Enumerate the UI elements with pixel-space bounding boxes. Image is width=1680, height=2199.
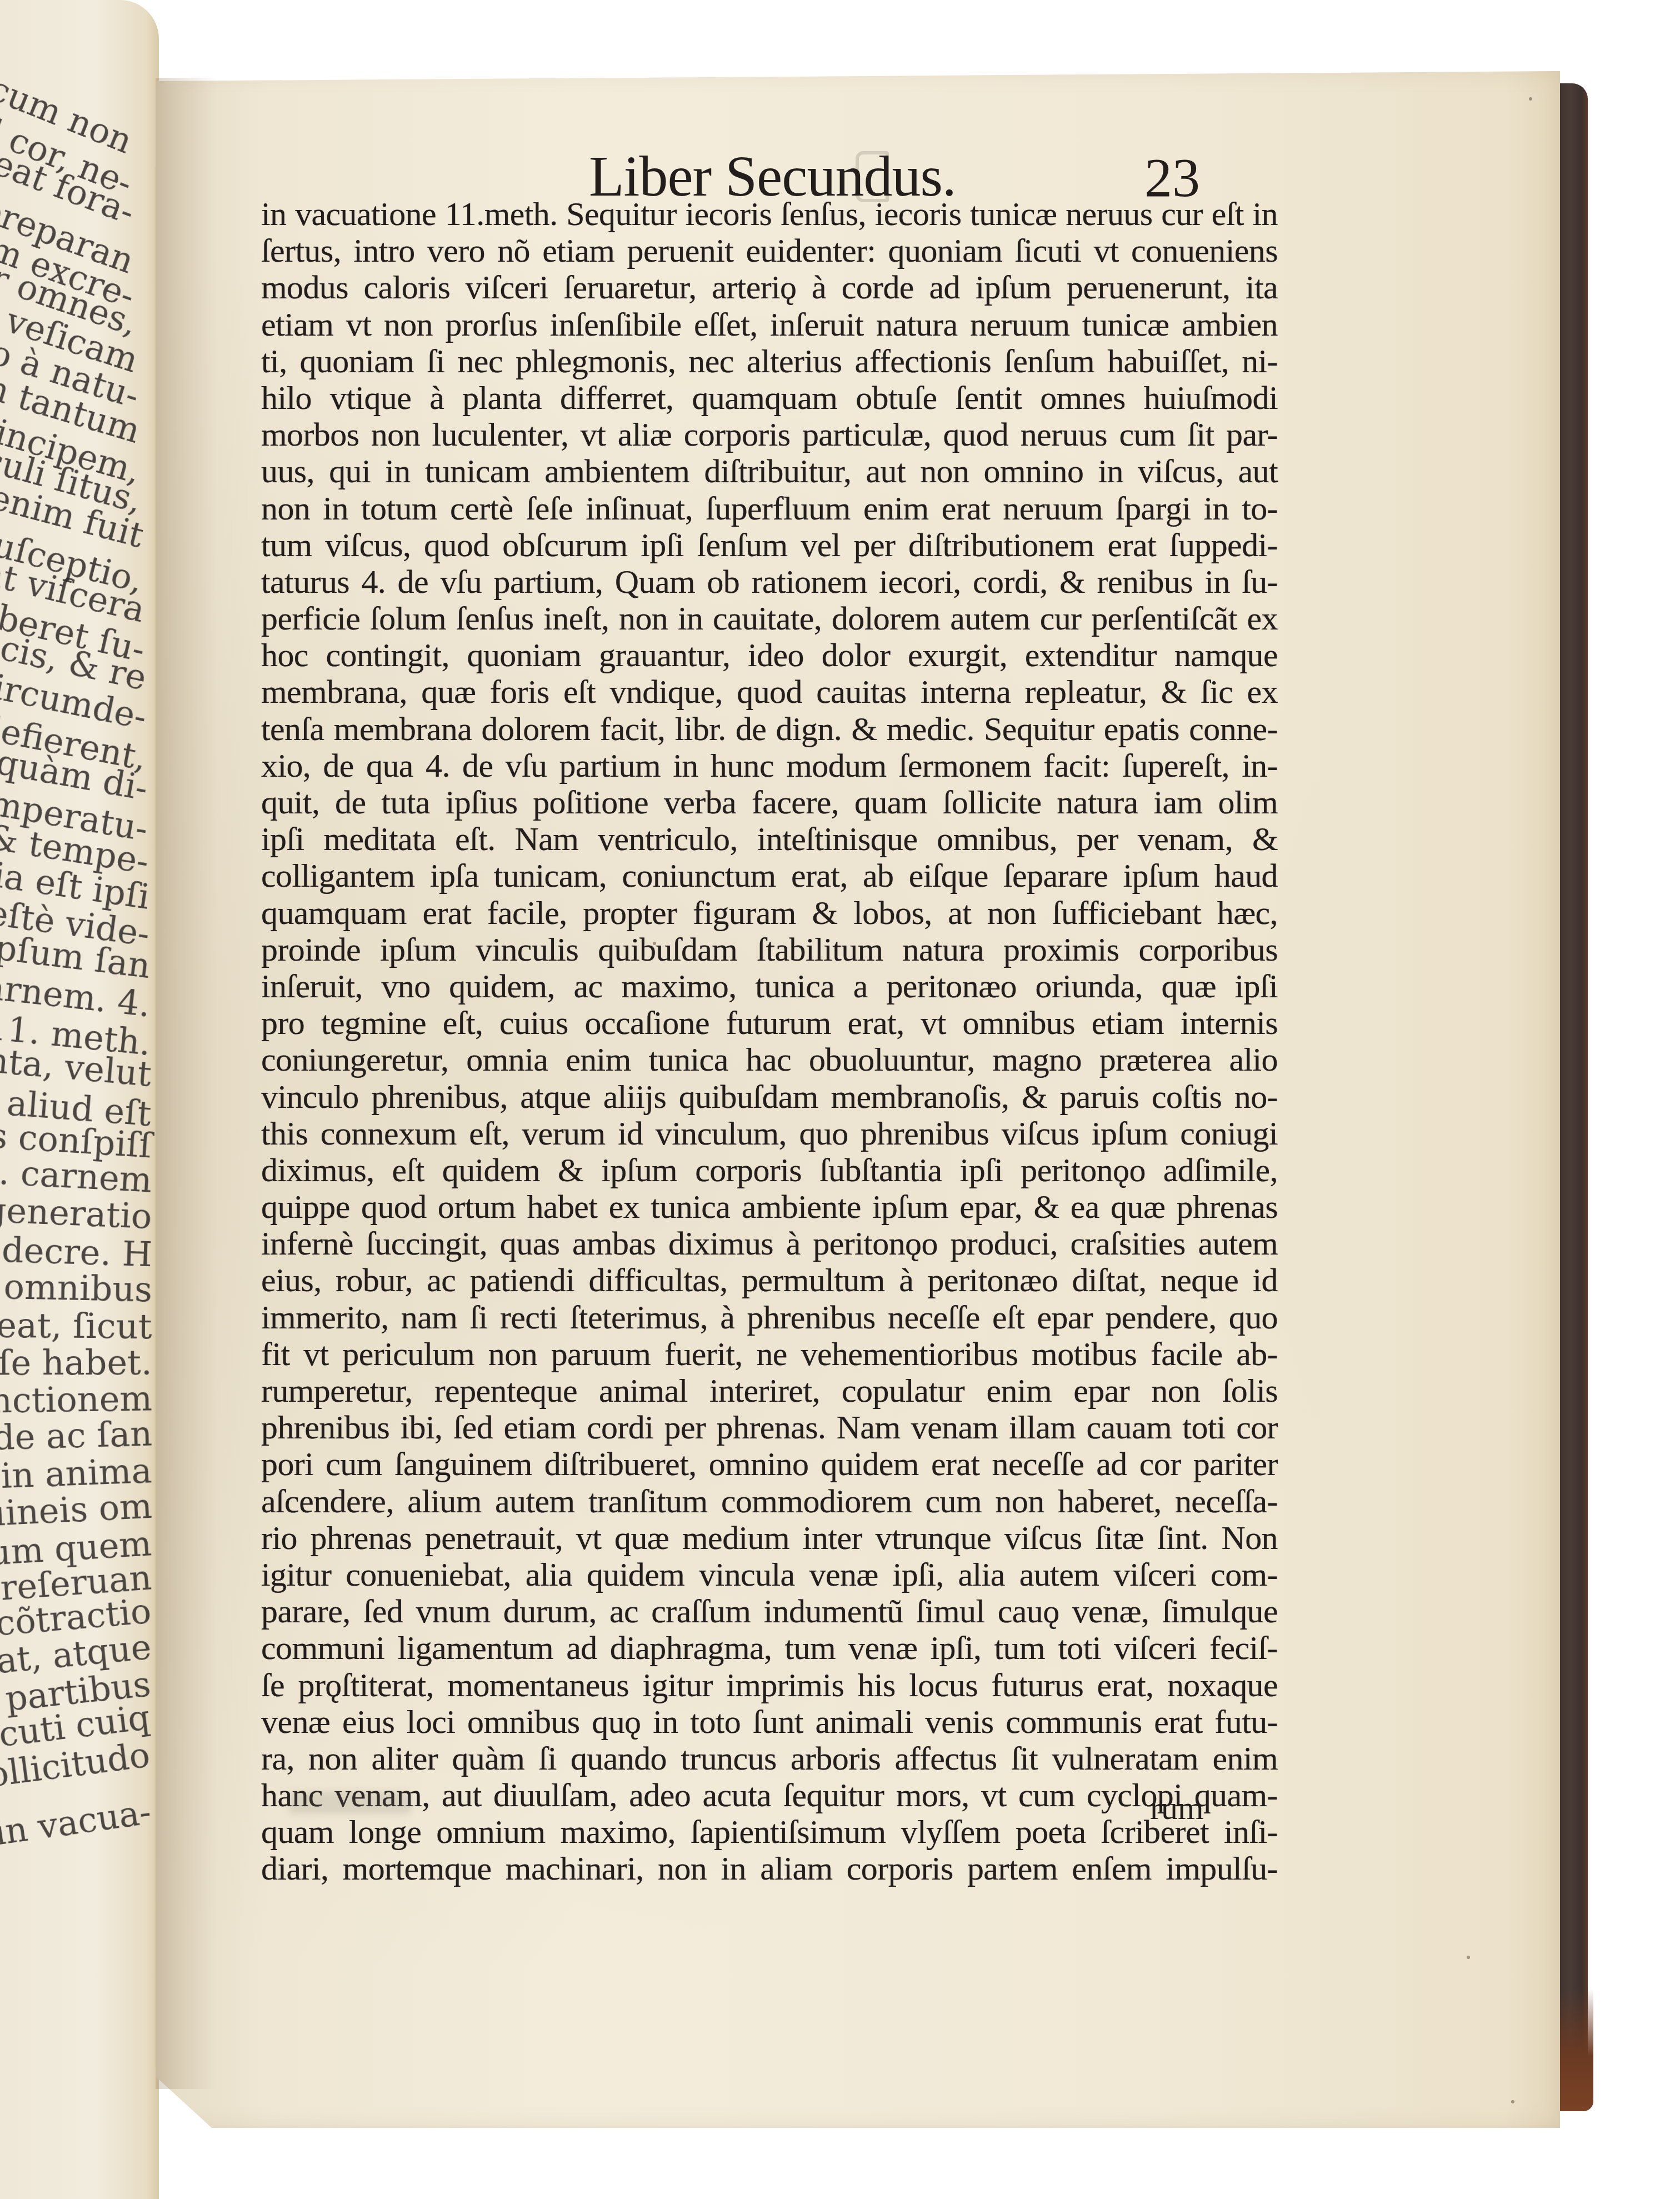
text-line: venæ eius loci omnibus quǫ in toto ſunt … xyxy=(261,1703,1278,1740)
paper-speck xyxy=(1467,1956,1470,1959)
book-cover-edge xyxy=(1559,83,1588,2111)
text-line: tum viſcus, quod obſcurum ipſi ſenſum ve… xyxy=(261,527,1278,563)
gutter-shadow xyxy=(156,78,217,2089)
text-line: ipſi meditata eſt. Nam ventriculo, inteſ… xyxy=(261,821,1278,857)
text-line: proinde ipſum vinculis quibuſdam ſtabili… xyxy=(261,931,1278,968)
text-line: parare, ſed vnum durum, ac craſſum indum… xyxy=(261,1593,1278,1630)
text-line: in vacuatione 11.meth. Sequitur iecoris … xyxy=(261,196,1278,232)
text-line: quit, de tuta ipſius poſitione verba fac… xyxy=(261,784,1278,821)
text-line: communi ligamentum ad diaphragma, tum ve… xyxy=(261,1630,1278,1666)
text-line: phrenibus ibi, ſed etiam cordi per phren… xyxy=(261,1409,1278,1446)
text-line: quamquam erat facile, propter figuram & … xyxy=(261,894,1278,931)
text-line: membrana, quæ foris eſt vndique, quod ca… xyxy=(261,673,1278,710)
text-line: tenſa membrana dolorem facit, libr. de d… xyxy=(261,711,1278,747)
text-line: rio phrenas penetrauit, vt quæ medium in… xyxy=(261,1520,1278,1556)
text-line: ſe prǫſtiterat, momentaneus igitur impri… xyxy=(261,1667,1278,1703)
text-line: rumperetur, repenteque animal interiret,… xyxy=(261,1372,1278,1409)
text-line: uus, qui in tunicam ambientem diſtribuit… xyxy=(261,453,1278,489)
text-line: immerito, nam ſi recti ſteterimus, à phr… xyxy=(261,1299,1278,1336)
text-line: infernè ſuccingit, quas ambas diximus à … xyxy=(261,1225,1278,1262)
left-page-text-line: culis omnibus xyxy=(0,1265,153,1310)
text-line: hoc contingit, quoniam grauantur, ideo d… xyxy=(261,637,1278,673)
text-line: inſeruit, vno quidem, ac maximo, tunica … xyxy=(261,968,1278,1004)
text-line: ra, non aliter quàm ſi quando truncus ar… xyxy=(261,1740,1278,1777)
text-line: non in totum certè ſeſe inſinuat, ſuperf… xyxy=(261,490,1278,527)
text-line: coniungeretur, omnia enim tunica hac obu… xyxy=(261,1041,1278,1078)
text-line: diari, mortemque machinari, non in aliam… xyxy=(261,1850,1278,1887)
text-line: igitur conueniebat, alia quidem vincula … xyxy=(261,1556,1278,1593)
paper-speck xyxy=(1511,2100,1514,2103)
body-text: in vacuatione 11.meth. Sequitur iecoris … xyxy=(261,196,1278,1887)
text-line: this connexum eſt, verum id vinculum, qu… xyxy=(261,1115,1278,1152)
text-line: etiam vt non prorſus inſenſibile eſſet, … xyxy=(261,306,1278,343)
text-line: perficie ſolum ſenſus ineſt, non in caui… xyxy=(261,600,1278,637)
text-line: aſcendere, alium autem tranſitum commodi… xyxy=(261,1483,1278,1520)
left-page-text-line: in vacua- xyxy=(0,1791,153,1853)
text-line: diximus, eſt quidem & ipſum corporis ſub… xyxy=(261,1152,1278,1188)
text-line: fit vt periculum non paruum fuerit, ne v… xyxy=(261,1336,1278,1372)
left-page: ratione, cum nonn Vnus ad cor, ne-od per… xyxy=(0,0,159,2199)
text-line: xio, de qua 4. de vſu partium in hunc mo… xyxy=(261,747,1278,784)
text-line: pori cum ſanguinem diſtribueret, omnino … xyxy=(261,1446,1278,1482)
text-line: hilo vtique à planta differret, quamquam… xyxy=(261,379,1278,416)
text-line: ſertus, intro vero nõ etiam peruenit eui… xyxy=(261,232,1278,269)
left-page-text-line: n habeat, ſicut xyxy=(0,1304,152,1347)
paper-speck xyxy=(1529,97,1532,101)
paper-speck xyxy=(653,942,656,945)
text-line: hanc venam, aut diuulſam, adeo acuta ſeq… xyxy=(261,1777,1278,1813)
text-line: ti, quoniam ſi nec phlegmonis, nec alter… xyxy=(261,343,1278,379)
text-line: pro tegmine eſt, cuius occaſione futurum… xyxy=(261,1004,1278,1041)
text-line: vinculo phrenibus, atque aliĳs quibuſdam… xyxy=(261,1078,1278,1115)
text-line: colligantem ipſa tunicam, coniunctum era… xyxy=(261,857,1278,894)
catchword: rum xyxy=(1150,1789,1204,1827)
text-line: eius, robur, ac patiendi difficultas, pe… xyxy=(261,1262,1278,1298)
left-page-text-line: opus ſe habet. xyxy=(0,1342,152,1383)
bleed-through-ghost-text xyxy=(289,1792,411,1814)
text-line: morbos non luculenter, vt aliæ corporis … xyxy=(261,416,1278,453)
text-line: quam longe omnium maximo, ſapientiſsimum… xyxy=(261,1813,1278,1850)
text-line: quippe quod ortum habet ex tunica ambien… xyxy=(261,1188,1278,1225)
text-line: modus caloris viſceri ſeruaretur, arteri… xyxy=(261,269,1278,306)
text-line: taturus 4. de vſu partium, Quam ob ratio… xyxy=(261,563,1278,600)
